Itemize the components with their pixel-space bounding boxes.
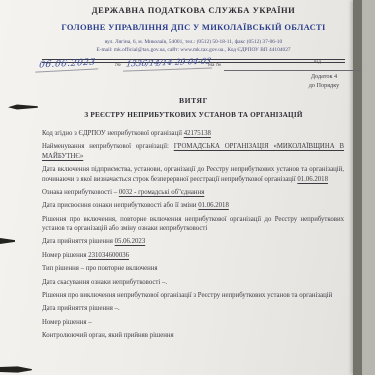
handwritten-date: 06.06.2023 — [35, 57, 99, 72]
scanned-document: ДЕРЖАВНА ПОДАТКОВА СЛУЖБА УКРАЇНИ ГОЛОВН… — [0, 0, 375, 375]
handwritten-number: 1336/14/14-29-04-03 — [123, 56, 214, 71]
field-label: Дата скасування ознаки неприбутковості –… — [42, 279, 167, 286]
reference-block: 06.06.2023 № 1336/14/14-29-04-03 На № ві… — [0, 0, 375, 95]
field-label: Номер рішення — [42, 252, 88, 259]
annex-note: Додаток 4 до Порядку — [288, 73, 360, 91]
document-field: Тип рішення – про повторне включення — [42, 264, 344, 273]
annex-line-1: Додаток 4 — [288, 73, 360, 82]
field-value: 42175138 — [184, 130, 211, 137]
document-title: ВИТЯГ З РЕЄСТРУ НЕПРИБУТКОВИХ УСТАНОВ ТА… — [42, 96, 345, 119]
document-field: Дата включення підприємства, установи, о… — [42, 165, 344, 184]
scan-artifact-mark — [0, 366, 32, 373]
field-label: Рішення про включення, повторне включенн… — [42, 216, 344, 232]
document-field: Контролюючий орган, який прийняв рішення — [42, 331, 344, 340]
field-label: Дата прийняття рішення — [42, 238, 115, 245]
document-field: Дата прийняття рішення 05.06.2023 — [42, 237, 344, 246]
field-value: 05.06.2023 — [115, 238, 146, 245]
field-value: 231034600036 — [88, 252, 129, 259]
document-field: Ознака неприбутковості – 0032 - громадсь… — [42, 188, 344, 197]
field-label: Код згідно з ЄДРПОУ неприбуткової органі… — [42, 130, 184, 137]
blank-underline — [224, 60, 361, 71]
document-body: Код згідно з ЄДРПОУ неприбуткової органі… — [42, 129, 344, 344]
title-subline: З РЕЄСТРУ НЕПРИБУТКОВИХ УСТАНОВ ТА ОРГАН… — [42, 111, 345, 119]
document-field: Дата присвоєння ознаки неприбутковості а… — [42, 201, 344, 210]
field-value: 01.06.2018 — [198, 202, 229, 209]
document-field: Дата прийняття рішення –. — [42, 304, 344, 313]
title-line: ВИТЯГ — [42, 96, 345, 105]
document-field: Найменування неприбуткової організації: … — [42, 142, 344, 161]
field-label: Ознака неприбутковості – — [42, 189, 119, 196]
number-sign: № — [115, 62, 121, 68]
field-label: Дата присвоєння ознаки неприбутковості а… — [42, 202, 198, 209]
field-label: Тип рішення – про повторне включення — [42, 265, 158, 272]
field-value: 0032 - громадські об"єднання — [119, 189, 205, 196]
document-field: Дата скасування ознаки неприбутковості –… — [42, 278, 344, 287]
field-label: Дата прийняття рішення –. — [42, 305, 120, 312]
from-label: від — [314, 59, 321, 65]
document-field: Номер рішення – — [42, 318, 344, 327]
scan-artifact-mark — [0, 238, 15, 244]
field-label: Номер рішення – — [42, 319, 92, 326]
scan-artifact-mark — [8, 104, 38, 110]
annex-line-2: до Порядку — [288, 82, 360, 91]
document-field: Рішення про включення, повторне включенн… — [42, 215, 344, 234]
field-label: Найменування неприбуткової організації: — [42, 143, 174, 150]
field-value: 01.06.2018 — [297, 176, 328, 183]
field-label: Контролюючий орган, який прийняв рішення — [42, 332, 174, 339]
document-field: Рішення про виключення неприбуткової орг… — [42, 291, 344, 300]
incoming-number-label: На № — [208, 62, 221, 68]
field-label: Рішення про виключення неприбуткової орг… — [42, 292, 332, 299]
document-field: Номер рішення 231034600036 — [42, 251, 344, 260]
document-field: Код згідно з ЄДРПОУ неприбуткової органі… — [42, 129, 344, 138]
